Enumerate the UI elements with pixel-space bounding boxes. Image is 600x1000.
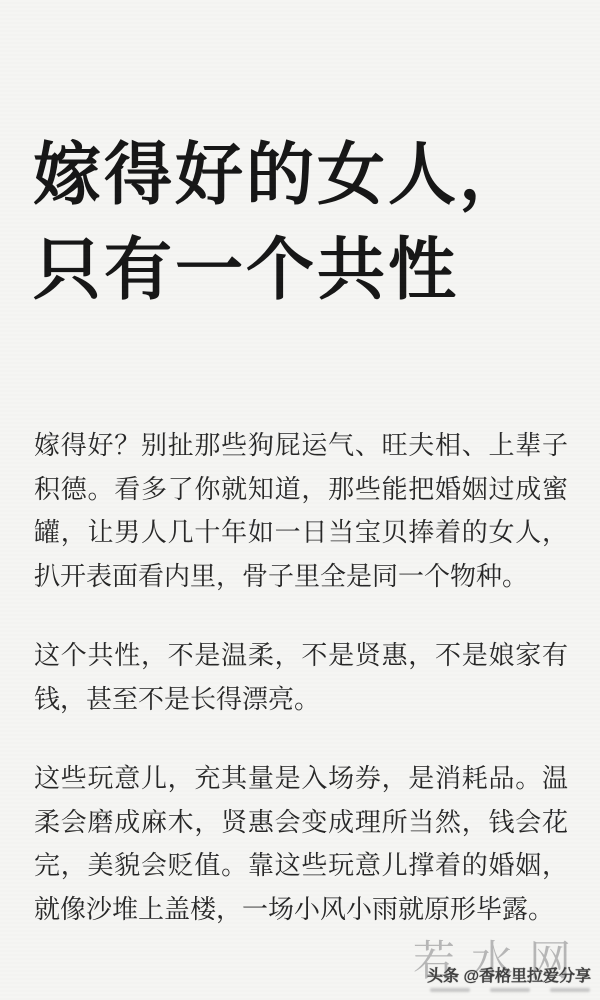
body-paragraph-2: 这个共性，不是温柔，不是贤惠，不是娘家有钱，甚至不是长得漂亮。 (34, 634, 568, 721)
article-page: 嫁得好的女人， 只有一个共性 嫁得好？别扯那些狗屁运气、旺夫相、上辈子积德。看多… (0, 0, 600, 1000)
author-byline-watermark: 头条 @香格里拉爱分享 (427, 966, 591, 988)
body-paragraph-1: 嫁得好？别扯那些狗屁运气、旺夫相、上辈子积德。看多了你就知道，那些能把婚姻过成蜜… (34, 424, 568, 598)
article-title: 嫁得好的女人， 只有一个共性 (33, 128, 530, 318)
body-paragraph-3: 这些玩意儿，充其量是入场券，是消耗品。温柔会磨成麻木，贤惠会变成理所当然，钱会花… (34, 757, 568, 931)
article-body: 嫁得好？别扯那些狗屁运气、旺夫相、上辈子积德。看多了你就知道，那些能把婚姻过成蜜… (34, 424, 568, 967)
micro-watermark-marks (430, 988, 590, 992)
micro-mark (550, 988, 590, 992)
title-line-1: 嫁得好的女人， (33, 128, 530, 223)
micro-mark (430, 988, 470, 992)
micro-mark (490, 988, 530, 992)
title-line-2: 只有一个共性 (33, 223, 530, 318)
